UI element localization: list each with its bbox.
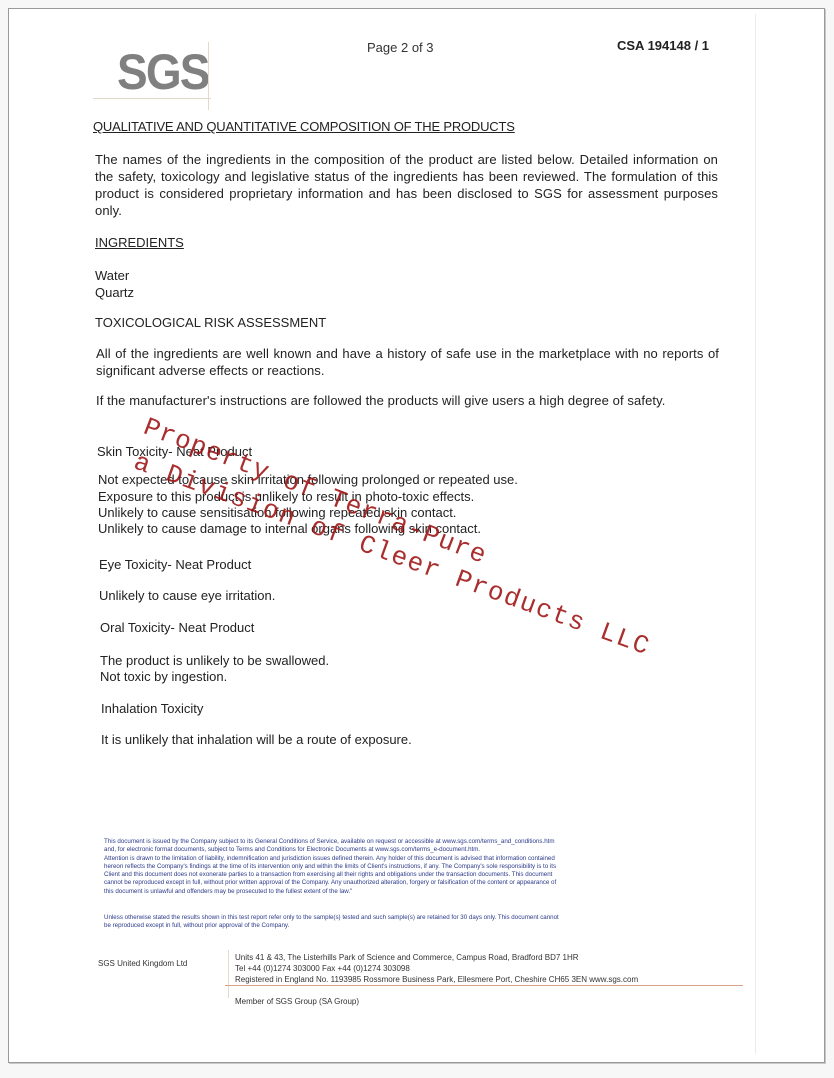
- risk-assessment-paragraph-2: If the manufacturer's instructions are f…: [96, 392, 719, 409]
- disclaimer-line: Attention is drawn to the limitation of …: [104, 855, 724, 863]
- retention-notice: Unless otherwise stated the results show…: [104, 914, 724, 931]
- page-number: Page 2 of 3: [367, 40, 434, 55]
- sgs-logo: SGS: [117, 47, 209, 97]
- ingredient-item: Quartz: [95, 284, 134, 301]
- disclaimer-line: This document is issued by the Company s…: [104, 838, 724, 846]
- risk-assessment-heading: TOXICOLOGICAL RISK ASSESSMENT: [95, 314, 326, 331]
- logo-rule-horizontal: [93, 98, 211, 99]
- oral-toxicity-line: Not toxic by ingestion.: [100, 668, 227, 685]
- eye-toxicity-line: Unlikely to cause eye irritation.: [99, 587, 275, 604]
- ingredients-heading: INGREDIENTS: [95, 234, 184, 251]
- inhalation-toxicity-heading: Inhalation Toxicity: [101, 700, 203, 717]
- disclaimer: This document is issued by the Company s…: [104, 838, 724, 896]
- address-rule-horizontal: [225, 985, 743, 986]
- address-rule-vertical: [228, 950, 229, 998]
- ingredient-item: Water: [95, 267, 129, 284]
- page-fold-line: [755, 14, 756, 1054]
- report-reference: CSA 194148 / 1: [617, 38, 709, 53]
- inhalation-toxicity-line: It is unlikely that inhalation will be a…: [101, 731, 412, 748]
- composition-paragraph: The names of the ingredients in the comp…: [95, 151, 718, 219]
- retention-line: be reproduced except in full, without pr…: [104, 922, 724, 930]
- composition-heading: QUALITATIVE AND QUANTITATIVE COMPOSITION…: [93, 118, 515, 135]
- company-name: SGS United Kingdom Ltd: [98, 959, 187, 968]
- retention-line: Unless otherwise stated the results show…: [104, 914, 724, 922]
- risk-assessment-paragraph-1: All of the ingredients are well known an…: [96, 345, 719, 379]
- group-membership: Member of SGS Group (SA Group): [235, 997, 359, 1006]
- disclaimer-line: Client and this document does not exoner…: [104, 871, 724, 879]
- disclaimer-line: cannot be reproduced except in full, wit…: [104, 879, 724, 887]
- eye-toxicity-heading: Eye Toxicity- Neat Product: [99, 556, 251, 573]
- logo-rule-vertical: [208, 42, 209, 110]
- address-line: Registered in England No. 1193985 Rossmo…: [235, 974, 745, 985]
- disclaimer-line: and, for electronic format documents, su…: [104, 846, 724, 854]
- oral-toxicity-heading: Oral Toxicity- Neat Product: [100, 619, 254, 636]
- address-line: Tel +44 (0)1274 303000 Fax +44 (0)1274 3…: [235, 963, 745, 974]
- company-address: Units 41 & 43, The Listerhills Park of S…: [235, 952, 745, 985]
- disclaimer-line: this document is unlawful and offenders …: [104, 888, 724, 896]
- oral-toxicity-line: The product is unlikely to be swallowed.: [100, 652, 329, 669]
- address-line: Units 41 & 43, The Listerhills Park of S…: [235, 952, 745, 963]
- disclaimer-line: hereon reflects the Company's findings a…: [104, 863, 724, 871]
